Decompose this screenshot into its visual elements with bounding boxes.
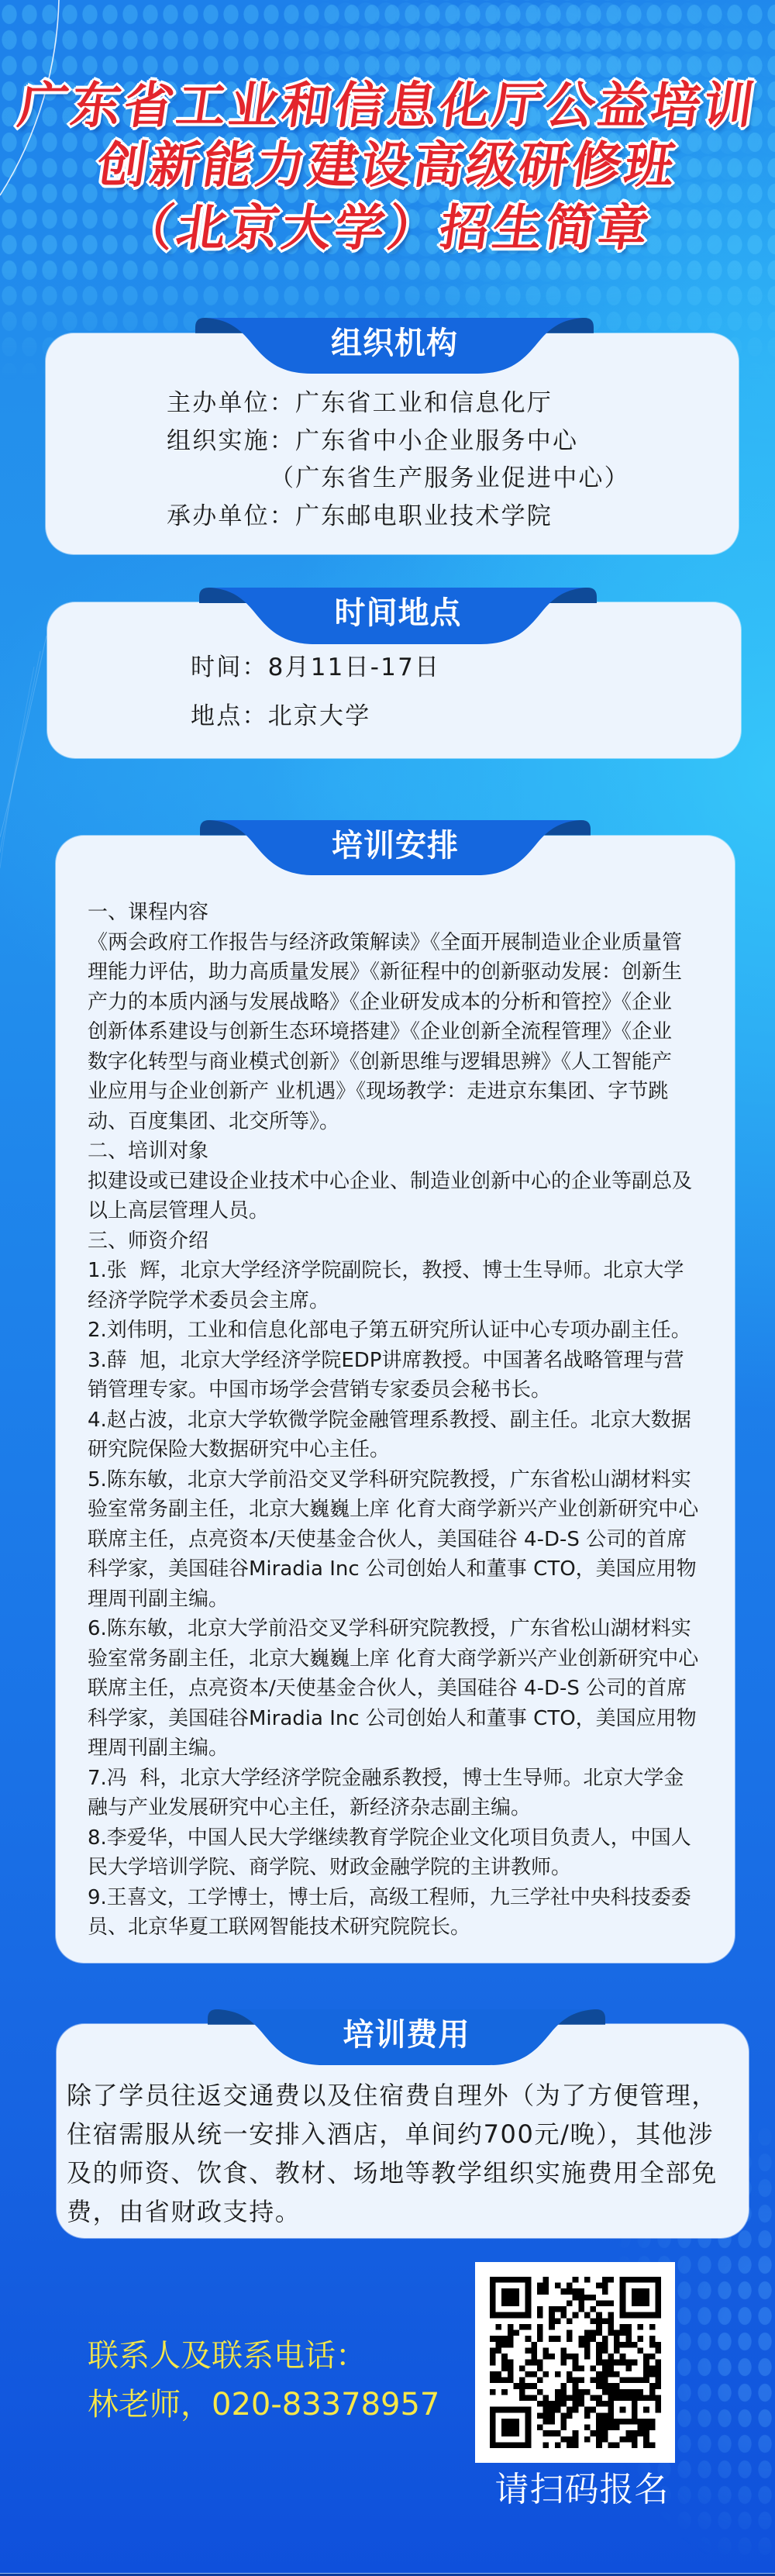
time-row: 时间：8月11日-17日	[191, 643, 440, 692]
faculty-line: 5.陈东敏，北京大学前沿交叉学科研究院教授，广东省松山湖材料实	[88, 1465, 698, 1495]
org-row-undertaker: 承办单位：广东邮电职业技术学院	[167, 498, 630, 536]
section-title: 培训费用	[208, 2017, 605, 2053]
faculty-line: 2.刘伟明，工业和信息化部电子第五研究所认证中心专项办副主任。	[88, 1316, 698, 1346]
faculty-line: 民大学培训学院、商学院、财政金融学院的主讲教师。	[88, 1853, 698, 1883]
time-location-rows: 时间：8月11日-17日 地点：北京大学	[191, 643, 440, 741]
fees-tab: 培训费用	[208, 2009, 605, 2066]
faculty-line: 6.陈东敏，北京大学前沿交叉学科研究院教授，广东省松山湖材料实	[88, 1614, 698, 1644]
qr-code	[475, 2262, 675, 2463]
time-location-tab: 时间地点	[199, 588, 597, 645]
contact-label: 联系人及联系电话：	[88, 2332, 439, 2381]
fees-line: 除了学员往返交通费以及住宿费自理外（为了方便管理，	[67, 2076, 718, 2115]
faculty-line: 9.王喜文，工学博士，博士后，高级工程师，九三学社中央科技委委	[88, 1883, 698, 1913]
row-label: 承办单位：	[167, 502, 295, 530]
fees-content: 除了学员往返交通费以及住宿费自理外（为了方便管理， 住宿需服从统一安排入酒店，单…	[67, 2076, 718, 2231]
location-row: 地点：北京大学	[191, 692, 440, 741]
course-line: 数字化转型与商业模式创新》《创新思维与逻辑思辨》《人工智能产	[88, 1047, 698, 1078]
row-label: 主办单位：	[167, 389, 295, 417]
faculty-line: 理周刊副主编。	[88, 1733, 698, 1764]
course-line: 产力的本质内涵与发展战略》《企业研发成本的分析和管控》《企业	[88, 988, 698, 1018]
faculty-line: 联席主任，点亮资本/天使基金合伙人，美国硅谷 4-D-S 公司的首席	[88, 1525, 698, 1555]
section-title: 时间地点	[199, 595, 597, 631]
org-row-host: 主办单位：广东省工业和信息化厅	[167, 385, 630, 422]
section-title: 培训安排	[200, 828, 591, 864]
course-line: 创新体系建设与创新生态环境搭建》《企业创新全流程管理》《企业	[88, 1017, 698, 1047]
faculty-line: 员、北京华夏工联网智能技术研究院院长。	[88, 1912, 698, 1943]
qr-caption: 请扫码报名	[466, 2470, 698, 2510]
faculty-line: 科学家，美国硅谷Miradia Inc 公司创始人和董事 CTO，美国应用物	[88, 1554, 698, 1585]
faculty-line: 8.李爱华，中国人民大学继续教育学院企业文化项目负责人，中国人	[88, 1823, 698, 1854]
section-heading-courses: 一、课程内容	[88, 898, 698, 928]
faculty-line: 经济学院学术委员会主席。	[88, 1286, 698, 1316]
section-heading-faculty: 三、师资介绍	[88, 1226, 698, 1257]
row-value: 北京大学	[268, 702, 371, 730]
row-value: 广东邮电职业技术学院	[295, 502, 553, 530]
audience-line: 拟建设或已建设企业技术中心企业、制造业创新中心的企业等副总及	[88, 1167, 698, 1197]
row-value: （广东省生产服务业促进中心）	[270, 464, 630, 492]
qr-code-icon	[490, 2277, 661, 2448]
audience-line: 以上高层管理人员。	[88, 1196, 698, 1226]
title-line-2: 创新能力建设高级研修班	[0, 135, 775, 197]
section-title: 组织机构	[195, 326, 594, 361]
faculty-line: 融与产业发展研究中心主任，新经济杂志副主编。	[88, 1793, 698, 1823]
course-line: 业应用与企业创新产 业机遇》《现场教学：走进京东集团、字节跳	[88, 1077, 698, 1107]
faculty-line: 3.薛 旭，北京大学经济学院EDP讲席教授。中国著名战略管理与营	[88, 1346, 698, 1376]
course-line: 动、百度集团、北交所等》。	[88, 1107, 698, 1137]
row-label: 地点：	[191, 702, 268, 730]
title-line-3: （北京大学）招生简章	[0, 198, 775, 260]
faculty-line: 验室常务副主任，北京大巍巍上庠 化育大商学新兴产业创新研究中心	[88, 1495, 698, 1525]
organization-tab: 组织机构	[195, 318, 594, 374]
faculty-line: 4.赵占波，北京大学软微学院金融管理系教授、副主任。北京大数据	[88, 1405, 698, 1436]
course-line: 理能力评估，助力高质量发展》《新征程中的创新驱动发展：创新生	[88, 957, 698, 988]
title-line-1: 广东省工业和信息化厅公益培训	[0, 75, 775, 137]
contact-info: 联系人及联系电话： 林老师，020-83378957	[88, 2332, 439, 2429]
section-heading-audience: 二、培训对象	[88, 1136, 698, 1167]
faculty-line: 1.张 辉，北京大学经济学院副院长，教授、博士生导师。北京大学	[88, 1256, 698, 1286]
row-label: 组织实施：	[167, 427, 295, 455]
row-label: 时间：	[191, 653, 268, 681]
faculty-line: 验室常务副主任，北京大巍巍上庠 化育大商学新兴产业创新研究中心	[88, 1644, 698, 1674]
faculty-line: 科学家，美国硅谷Miradia Inc 公司创始人和董事 CTO，美国应用物	[88, 1704, 698, 1734]
org-row-organizer-alias: （广东省生产服务业促进中心）	[167, 460, 630, 498]
row-value: 广东省中小企业服务中心	[295, 427, 578, 455]
fees-line: 住宿需服从统一安排入酒店，单间约700元/晚），其他涉	[67, 2115, 718, 2154]
course-line: 《两会政府工作报告与经济政策解读》《全面开展制造业企业质量管	[88, 928, 698, 958]
contact-phone: 林老师，020-83378957	[88, 2381, 439, 2429]
training-card: 一、课程内容 《两会政府工作报告与经济政策解读》《全面开展制造业企业质量管 理能…	[56, 836, 735, 1963]
faculty-line: 研究院保险大数据研究中心主任。	[88, 1435, 698, 1465]
training-tab: 培训安排	[200, 820, 591, 876]
fees-line: 及的师资、饮食、教材、场地等教学组织实施费用全部免	[67, 2154, 718, 2192]
faculty-line: 理周刊副主编。	[88, 1585, 698, 1615]
organization-rows: 主办单位：广东省工业和信息化厅 组织实施：广东省中小企业服务中心 （广东省生产服…	[167, 385, 630, 535]
training-content: 一、课程内容 《两会政府工作报告与经济政策解读》《全面开展制造业企业质量管 理能…	[88, 898, 698, 1943]
org-row-organizer: 组织实施：广东省中小企业服务中心	[167, 422, 630, 460]
faculty-line: 销管理专家。中国市场学会营销专家委员会秘书长。	[88, 1375, 698, 1405]
fees-line: 费，由省财政支持。	[67, 2192, 718, 2231]
row-value: 广东省工业和信息化厅	[295, 389, 553, 417]
faculty-line: 7.冯 科，北京大学经济学院金融系教授，博士生导师。北京大学金	[88, 1764, 698, 1794]
faculty-line: 联席主任，点亮资本/天使基金合伙人，美国硅谷 4-D-S 公司的首席	[88, 1674, 698, 1704]
row-value: 8月11日-17日	[268, 653, 441, 681]
